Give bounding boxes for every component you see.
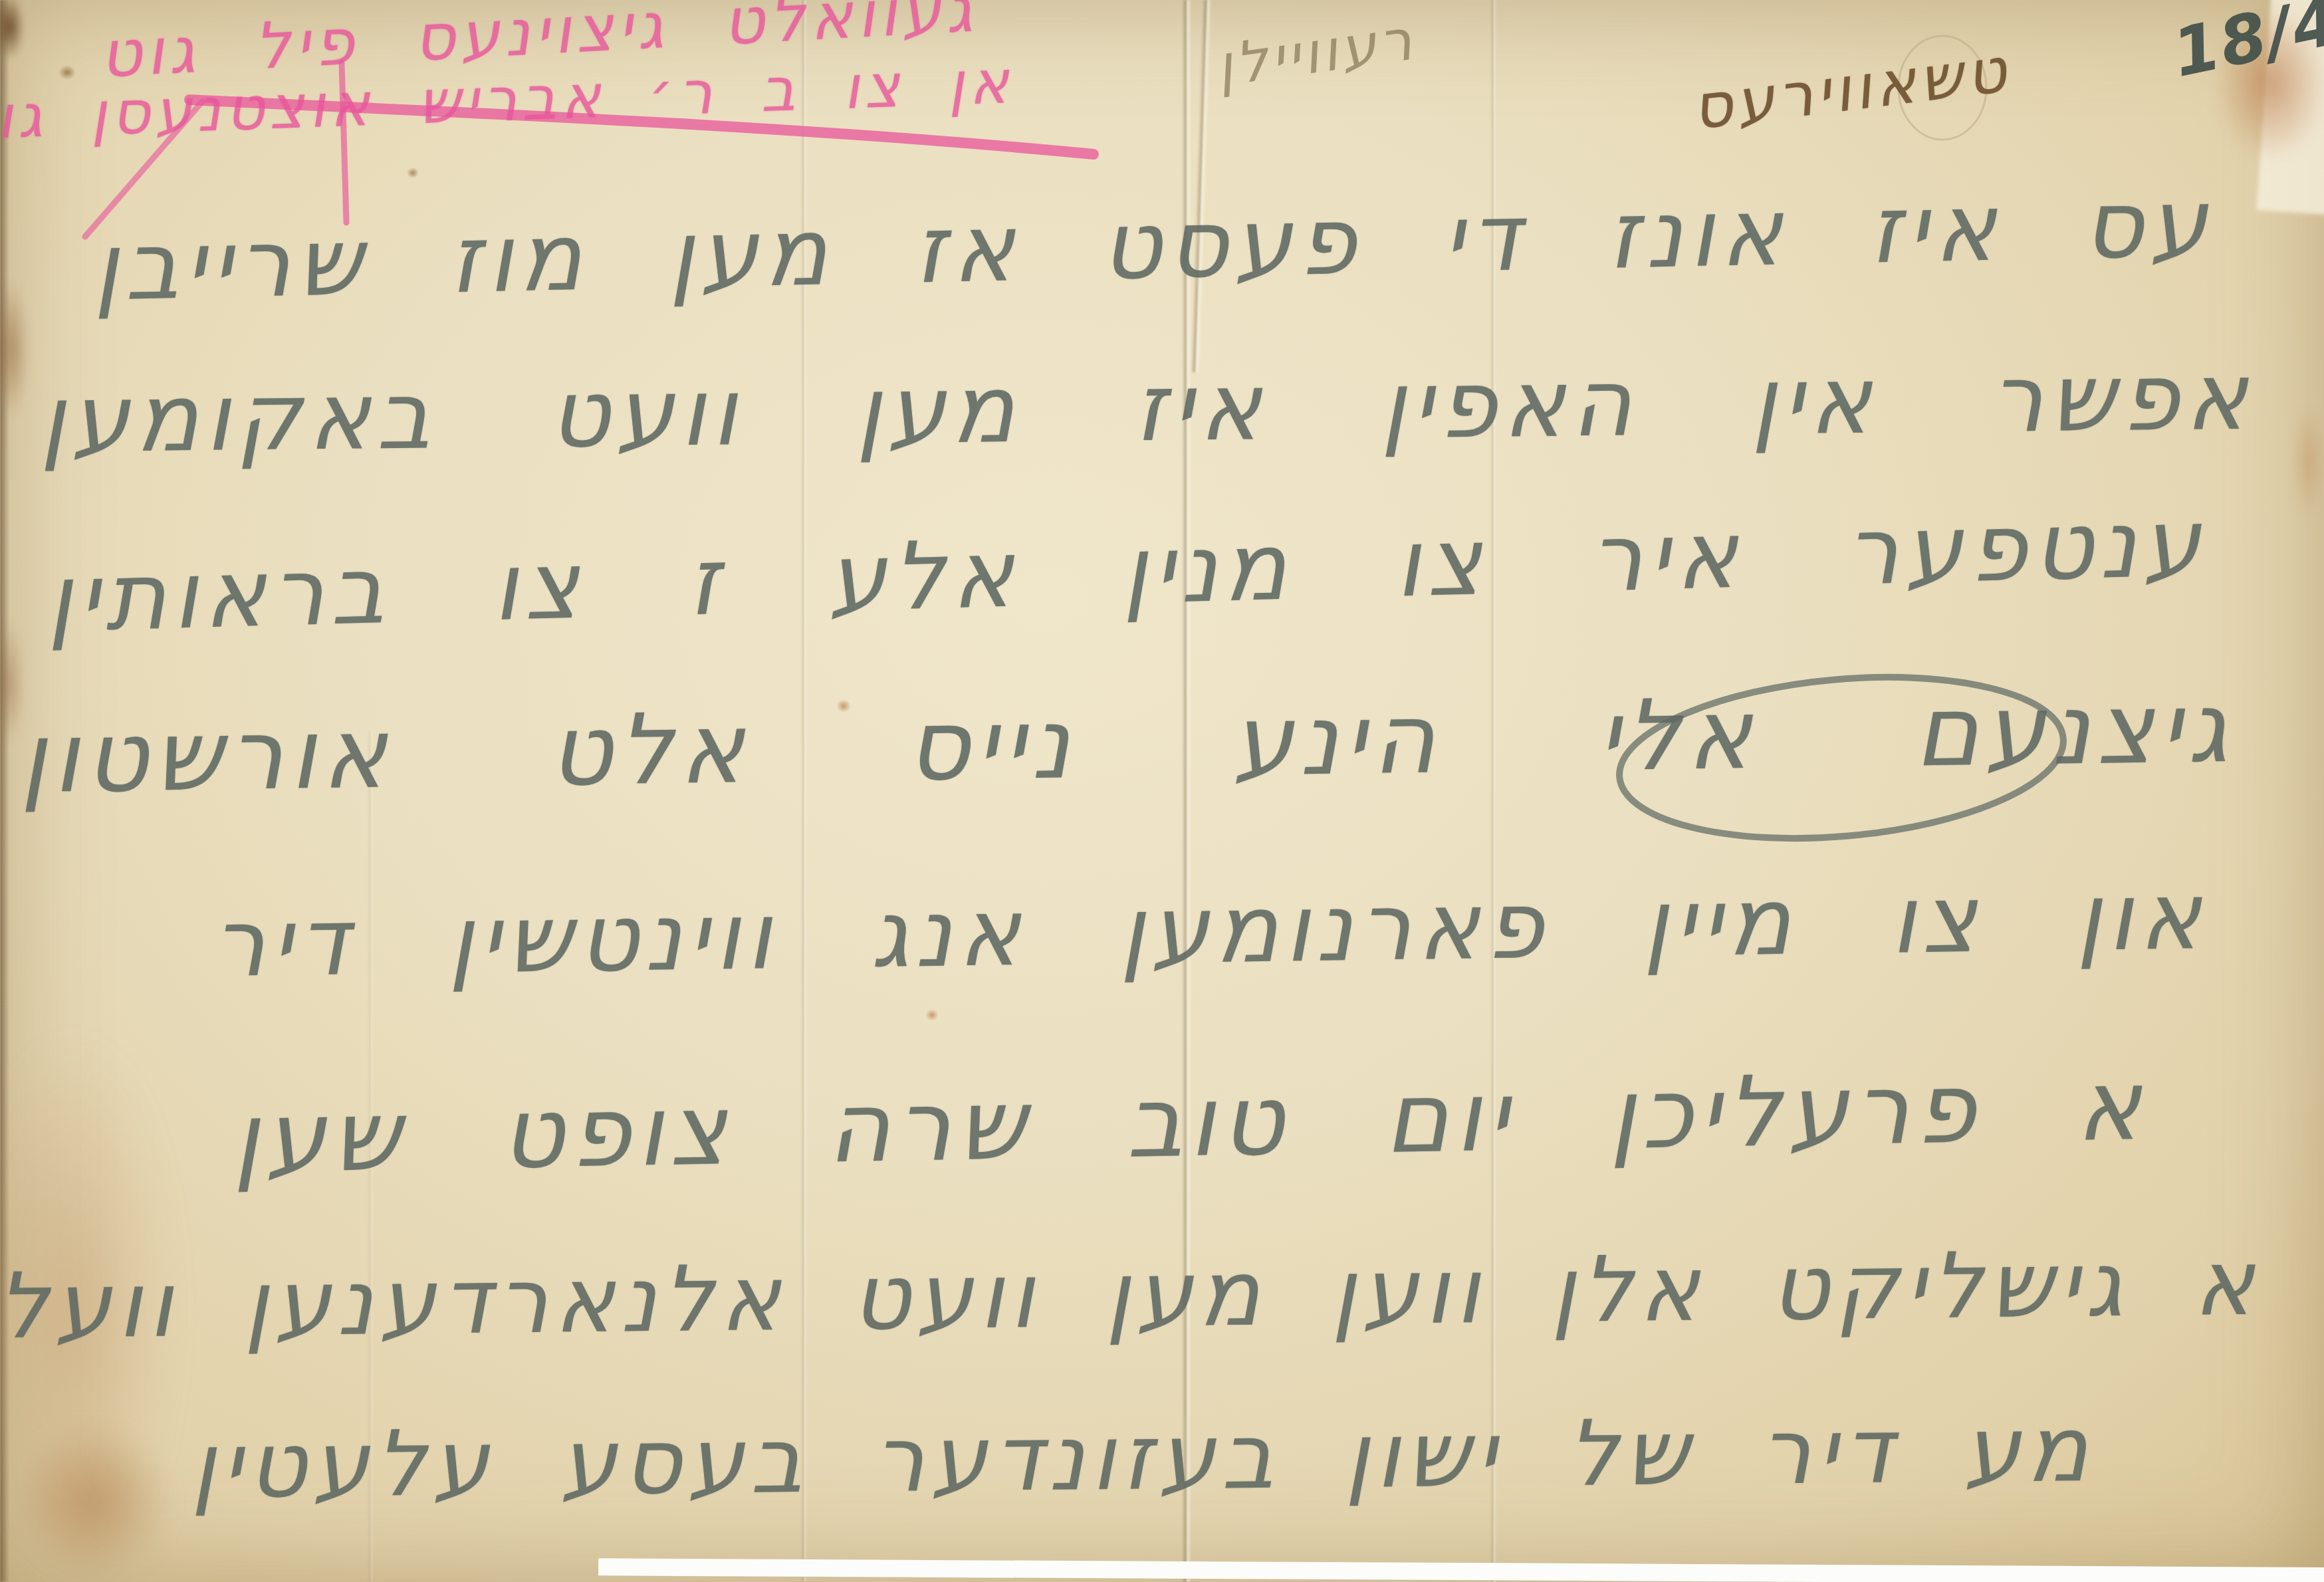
scanned-letter: געוואלט גיצוינעס פיל גוט אן צו ב ר׳ אברי… — [0, 0, 2324, 1582]
letter-line-5: און צו מיין פארנומען אנג ווינטשין דיר — [212, 870, 2208, 991]
letter-line-8: מע דיר של ישון בעזונדער בעסע עלעטין — [272, 1405, 2094, 1511]
letter-line-4: גיצנעם אלי הינע נייס אלט אורשטון — [19, 679, 2234, 807]
letter-line-2: אפשר אין האפין איז מען וועט באקומען — [39, 351, 2254, 467]
letter-line-7: א גישליקט אלן ווען מען וועט אלנארדענען ו… — [66, 1238, 2260, 1352]
